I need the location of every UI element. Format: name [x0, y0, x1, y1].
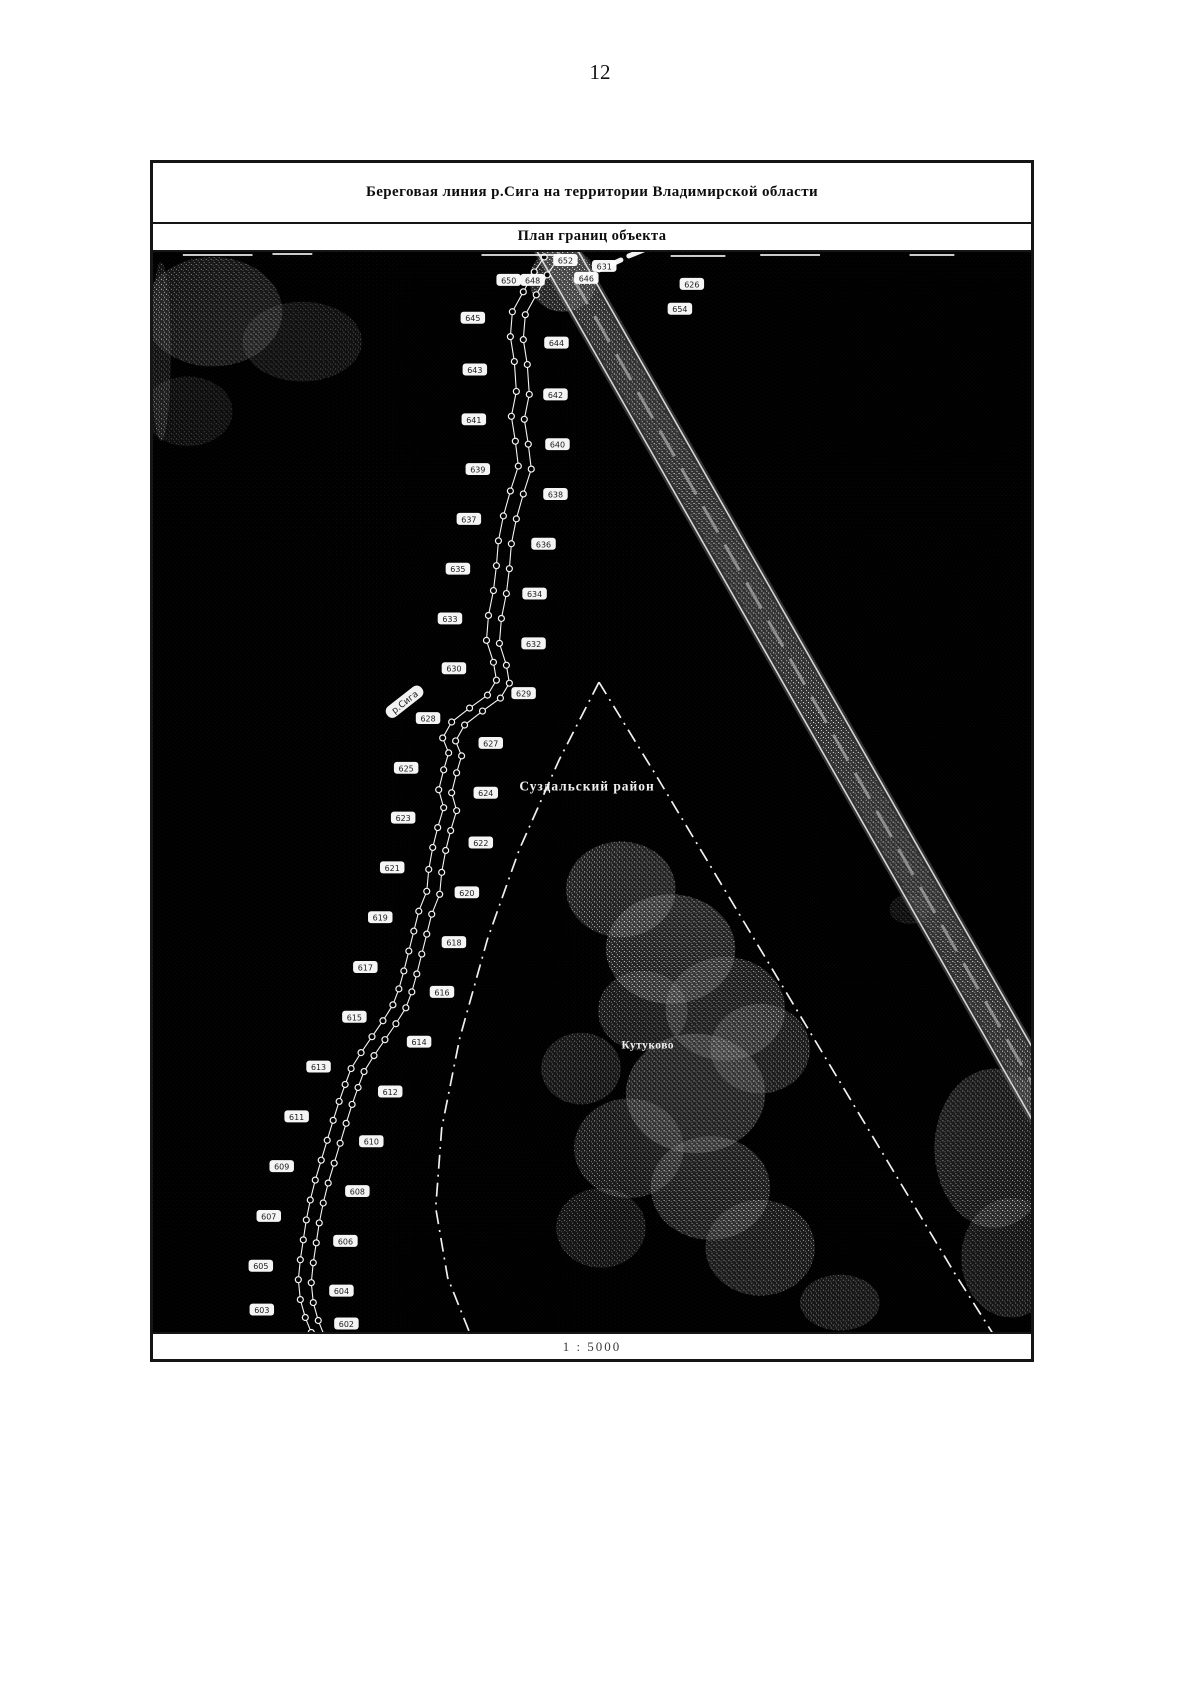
plan-subtitle: План границ объекта [153, 224, 1031, 252]
scale-label: 1 : 5000 [153, 1332, 1031, 1359]
map-canvas: 6526316466506486266546456446436426416406… [153, 252, 1031, 1332]
page-number: 12 [0, 60, 1200, 85]
document-page: 12 Береговая линия р.Сига на территории … [0, 0, 1200, 1704]
scan-artifacts [153, 252, 1031, 1332]
map-band: 6526316466506486266546456446436426416406… [153, 252, 1031, 1332]
plan-title: Береговая линия р.Сига на территории Вла… [153, 163, 1031, 224]
plan-frame: Береговая линия р.Сига на территории Вла… [150, 160, 1034, 1362]
